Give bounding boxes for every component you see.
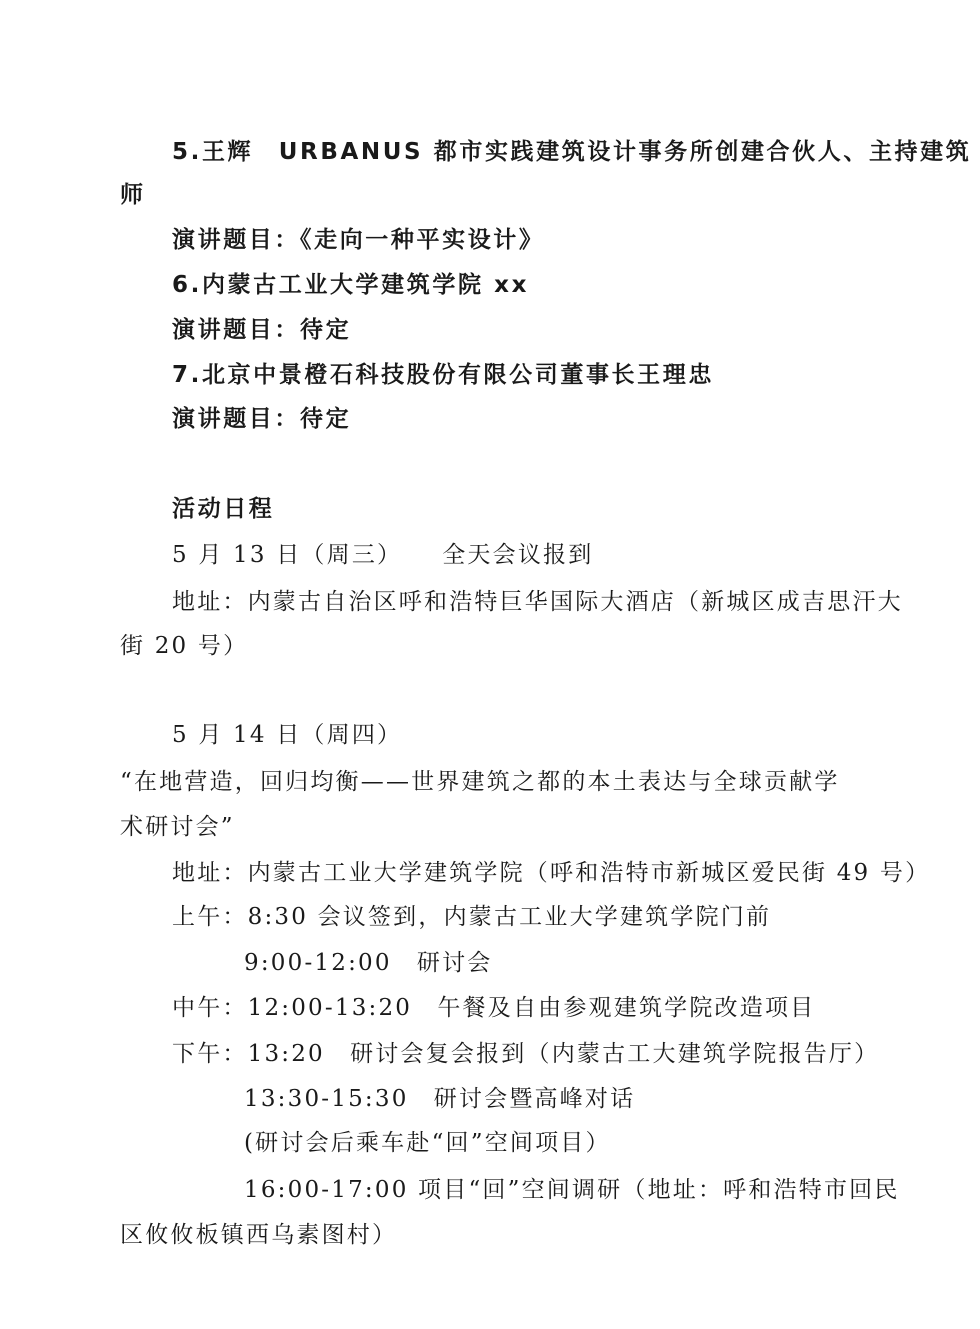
noon-item-1: 12:00-13:20 午餐及自由参观建筑学院改造项目	[248, 995, 816, 1021]
speaker-6-topic: 演讲题目：待定	[172, 315, 351, 345]
morning-row: 上午：8:30 会议签到，内蒙古工业大学建筑学院门前	[172, 902, 771, 932]
day2-title-line1: “在地营造，回归均衡——世界建筑之都的本土表达与全球贡献学	[120, 767, 840, 797]
afternoon-item-4: 16:00-17:00 项目“回”空间调研（地址：呼和浩特市回民	[244, 1175, 900, 1205]
afternoon-item-4-wrap: 区攸攸板镇西乌素图村）	[120, 1220, 397, 1250]
document-page: 5.王辉 URBANUS 都市实践建筑设计事务所创建合伙人、主持建筑 师 演讲题…	[0, 0, 980, 1329]
afternoon-row: 下午：13:20 研讨会复会报到（内蒙古工大建筑学院报告厅）	[172, 1039, 879, 1069]
day2-date: 5 月 14 日（周四）	[172, 720, 402, 750]
speaker-7-name: 7.北京中景橙石科技股份有限公司董事长王理忠	[172, 360, 714, 390]
afternoon-label: 下午：	[172, 1041, 248, 1067]
day2-address: 地址：内蒙古工业大学建筑学院（呼和浩特市新城区爱民街 49 号）	[172, 858, 930, 888]
afternoon-item-1: 13:20 研讨会复会报到（内蒙古工大建筑学院报告厅）	[248, 1041, 880, 1067]
afternoon-item-3: (研讨会后乘车赴“回”空间项目）	[244, 1128, 611, 1158]
morning-item-1: 8:30 会议签到，内蒙古工业大学建筑学院门前	[248, 904, 772, 930]
speaker-5-topic: 演讲题目：《走向一种平实设计》	[172, 225, 545, 255]
speaker-7-topic: 演讲题目：待定	[172, 404, 351, 434]
day1-address-line2: 街 20 号）	[120, 631, 248, 661]
morning-item-2: 9:00-12:00 研讨会	[244, 948, 493, 978]
speaker-5-name-wrap: 师	[120, 180, 146, 210]
noon-row: 中午：12:00-13:20 午餐及自由参观建筑学院改造项目	[172, 993, 815, 1023]
day1-date: 5 月 13 日（周三）	[172, 542, 402, 568]
day1-row: 5 月 13 日（周三）全天会议报到	[172, 540, 593, 570]
speaker-5-name: 5.王辉 URBANUS 都市实践建筑设计事务所创建合伙人、主持建筑	[172, 137, 971, 167]
day1-address-line1: 地址：内蒙古自治区呼和浩特巨华国际大酒店（新城区成吉思汗大	[172, 587, 903, 617]
noon-label: 中午：	[172, 995, 248, 1021]
afternoon-item-2: 13:30-15:30 研讨会暨高峰对话	[244, 1084, 635, 1114]
speaker-6-name: 6.内蒙古工业大学建筑学院 xx	[172, 270, 529, 300]
day1-event: 全天会议报到	[442, 542, 593, 568]
schedule-heading: 活动日程	[172, 494, 274, 524]
morning-label: 上午：	[172, 904, 248, 930]
day2-title-line2: 术研讨会”	[120, 812, 235, 842]
